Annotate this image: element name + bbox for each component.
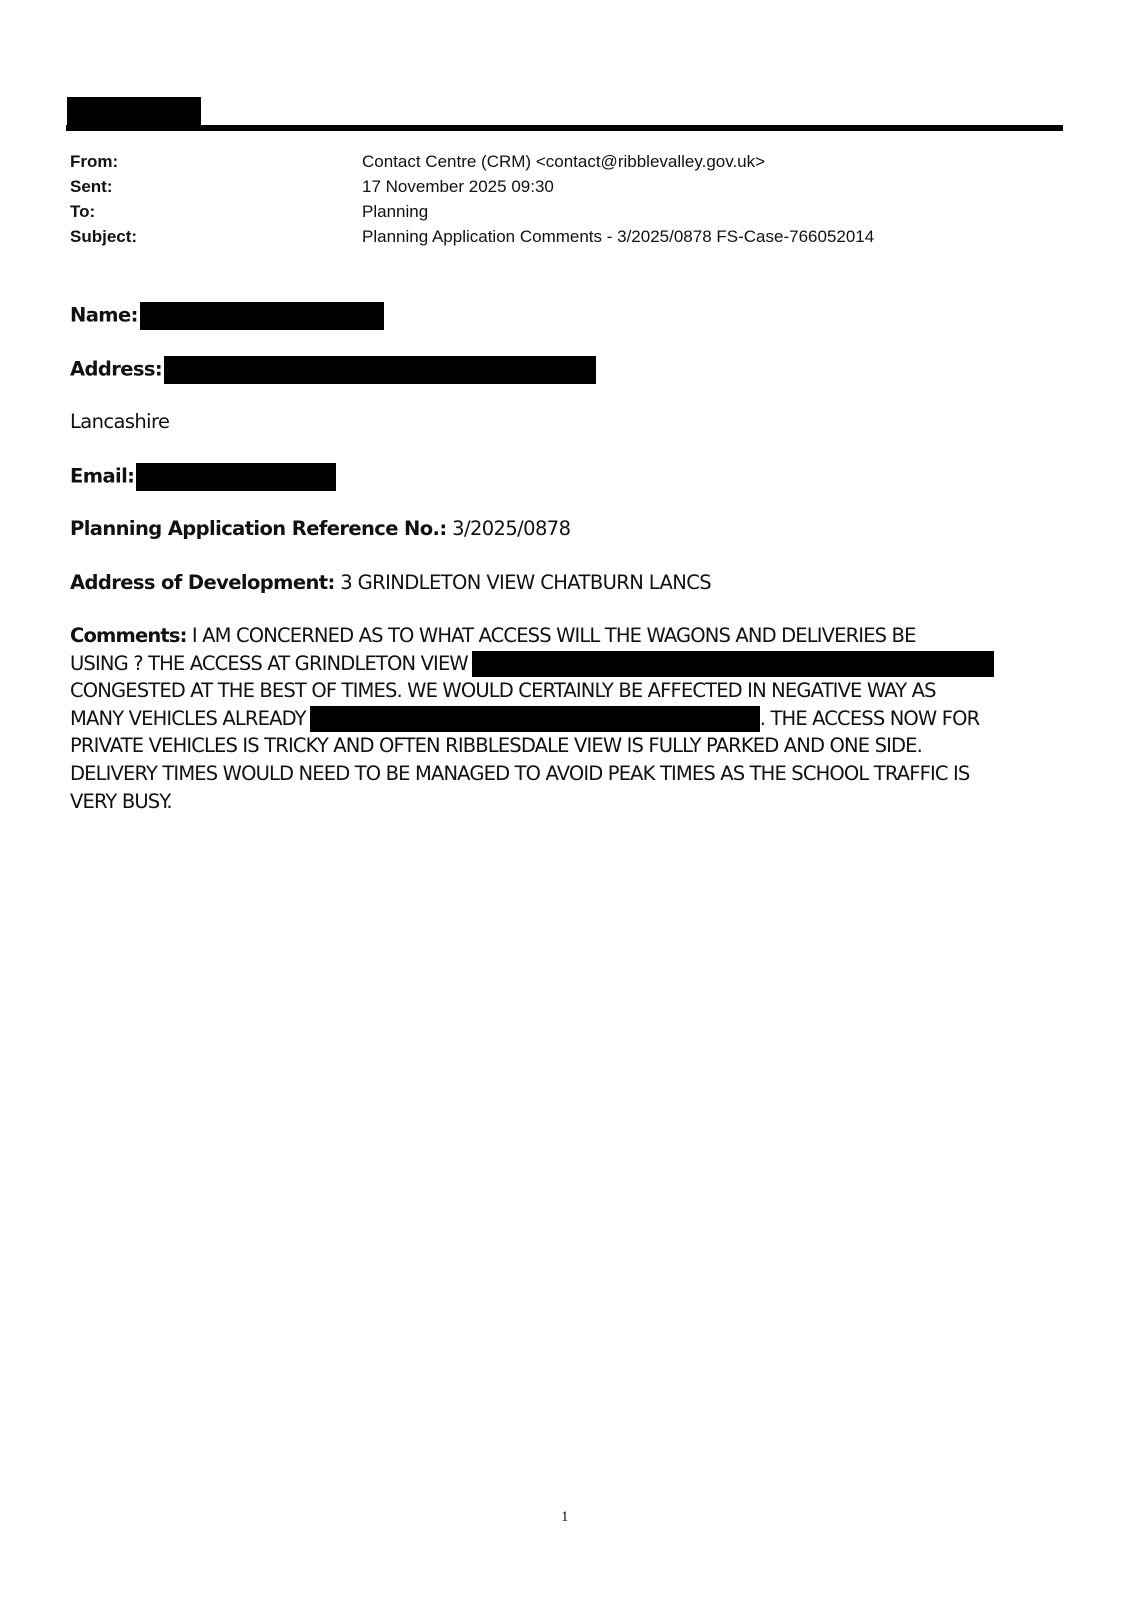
redaction-email: [136, 463, 336, 491]
page-number: 1: [561, 1509, 569, 1526]
from-label: From:: [70, 149, 362, 174]
redaction-name: [140, 302, 384, 330]
development-label: Address of Development:: [70, 571, 335, 594]
comments-line-1: Comments: I AM CONCERNED AS TO WHAT ACCE…: [70, 622, 1070, 650]
address-label: Address:: [70, 358, 162, 381]
subject-label: Subject:: [70, 224, 362, 249]
to-value: Planning: [362, 199, 428, 224]
email-field: Email:: [70, 463, 336, 491]
header-sent-row: Sent: 17 November 2025 09:30: [70, 174, 874, 199]
reference-label: Planning Application Reference No.:: [70, 517, 447, 540]
subject-value: Planning Application Comments - 3/2025/0…: [362, 224, 874, 249]
comments-text-8: VERY BUSY.: [70, 790, 172, 813]
comments-line-5: PRIVATE VEHICLES IS TRICKY AND OFTEN RIB…: [70, 732, 1070, 760]
header-from-row: From: Contact Centre (CRM) <contact@ribb…: [70, 149, 874, 174]
development-value: 3 GRINDLETON VIEW CHATBURN LANCS: [340, 571, 711, 594]
sent-value: 17 November 2025 09:30: [362, 174, 554, 199]
comments-label: Comments:: [70, 624, 187, 647]
comments-line-7: VERY BUSY.: [70, 788, 1070, 816]
comments-line-6: DELIVERY TIMES WOULD NEED TO BE MANAGED …: [70, 760, 1070, 788]
from-value: Contact Centre (CRM) <contact@ribblevall…: [362, 149, 765, 174]
comments-text-7: DELIVERY TIMES WOULD NEED TO BE MANAGED …: [70, 762, 969, 785]
redaction-comment-1: [472, 651, 994, 677]
email-label: Email:: [70, 465, 134, 488]
address-county: Lancashire: [70, 410, 169, 433]
comments-text-5: . THE ACCESS NOW FOR: [760, 707, 980, 730]
header-to-row: To: Planning: [70, 199, 874, 224]
comments-text-1: I AM CONCERNED AS TO WHAT ACCESS WILL TH…: [192, 624, 916, 647]
address-field: Address:: [70, 356, 596, 384]
reference-field: Planning Application Reference No.: 3/20…: [70, 517, 570, 540]
address-line2: Lancashire: [70, 410, 169, 433]
header-rule: [66, 125, 1063, 131]
comments-line-4: MANY VEHICLES ALREADY. THE ACCESS NOW FO…: [70, 705, 1070, 733]
comments-text-2: USING ? THE ACCESS AT GRINDLETON VIEW: [70, 652, 468, 675]
comments-line-2: USING ? THE ACCESS AT GRINDLETON VIEW: [70, 650, 1070, 678]
comments-text-6: PRIVATE VEHICLES IS TRICKY AND OFTEN RIB…: [70, 734, 922, 757]
redaction-comment-2: [310, 706, 760, 732]
comments-field: Comments: I AM CONCERNED AS TO WHAT ACCE…: [70, 622, 1070, 815]
name-label: Name:: [70, 304, 138, 327]
redaction-address: [164, 356, 596, 384]
header-subject-row: Subject: Planning Application Comments -…: [70, 224, 874, 249]
comments-text-3: CONGESTED AT THE BEST OF TIMES. WE WOULD…: [70, 679, 936, 702]
comments-text-4: MANY VEHICLES ALREADY: [70, 707, 306, 730]
email-header: From: Contact Centre (CRM) <contact@ribb…: [70, 149, 874, 249]
comments-line-3: CONGESTED AT THE BEST OF TIMES. WE WOULD…: [70, 677, 1070, 705]
development-field: Address of Development: 3 GRINDLETON VIE…: [70, 571, 711, 594]
reference-value: 3/2025/0878: [452, 517, 570, 540]
name-field: Name:: [70, 302, 384, 330]
sent-label: Sent:: [70, 174, 362, 199]
to-label: To:: [70, 199, 362, 224]
